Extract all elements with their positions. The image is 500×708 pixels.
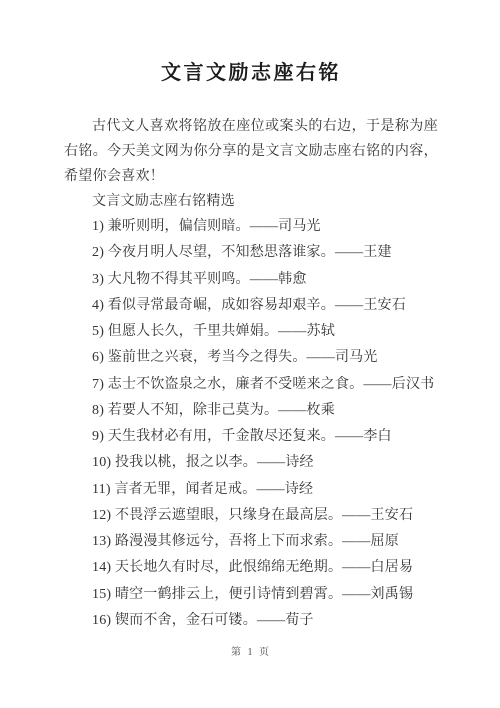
quote-item: 3) 大凡物不得其平则鸣。——韩愈	[64, 267, 438, 293]
quote-item: 1) 兼听则明，偏信则暗。——司马光	[64, 214, 438, 240]
quote-item: 16) 锲而不舍，金石可镂。——荀子	[64, 608, 438, 634]
quote-item: 2) 今夜月明人尽望，不知愁思落谁家。——王建	[64, 240, 438, 266]
quote-item: 5) 但愿人长久，千里共婵娟。——苏轼	[64, 319, 438, 345]
quote-item: 14) 天长地久有时尽，此恨绵绵无绝期。——白居易	[64, 555, 438, 581]
quote-item: 11) 言者无罪，闻者足戒。——诗经	[64, 477, 438, 503]
quote-item: 12) 不畏浮云遮望眼，只缘身在最高层。——王安石	[64, 503, 438, 529]
quote-item: 8) 若要人不知，除非己莫为。——枚乘	[64, 398, 438, 424]
intro-paragraph: 古代文人喜欢将铭放在座位或案头的右边，于是称为座右铭。今天美文网为你分享的是文言…	[64, 114, 438, 189]
document-page: 文言文励志座右铭 古代文人喜欢将铭放在座位或案头的右边，于是称为座右铭。今天美文…	[0, 0, 500, 708]
quote-item: 6) 鉴前世之兴衰，考当今之得失。——司马光	[64, 345, 438, 371]
quote-item: 7) 志士不饮盗泉之水，廉者不受嗟来之食。——后汉书	[64, 372, 438, 398]
quote-item: 15) 晴空一鹤排云上，便引诗情到碧霄。——刘禹锡	[64, 582, 438, 608]
document-title: 文言文励志座右铭	[64, 60, 438, 86]
page-number: 第 1 页	[64, 643, 438, 658]
quote-item: 10) 投我以桃，报之以李。——诗经	[64, 450, 438, 476]
quote-item: 9) 天生我材必有用，千金散尽还复来。——李白	[64, 424, 438, 450]
quote-list: 1) 兼听则明，偏信则暗。——司马光 2) 今夜月明人尽望，不知愁思落谁家。——…	[64, 214, 438, 634]
quote-item: 4) 看似寻常最奇崛，成如容易却艰辛。——王安石	[64, 293, 438, 319]
quote-item: 13) 路漫漫其修远兮，吾将上下而求索。——屈原	[64, 529, 438, 555]
section-heading: 文言文励志座右铭精选	[64, 189, 438, 214]
